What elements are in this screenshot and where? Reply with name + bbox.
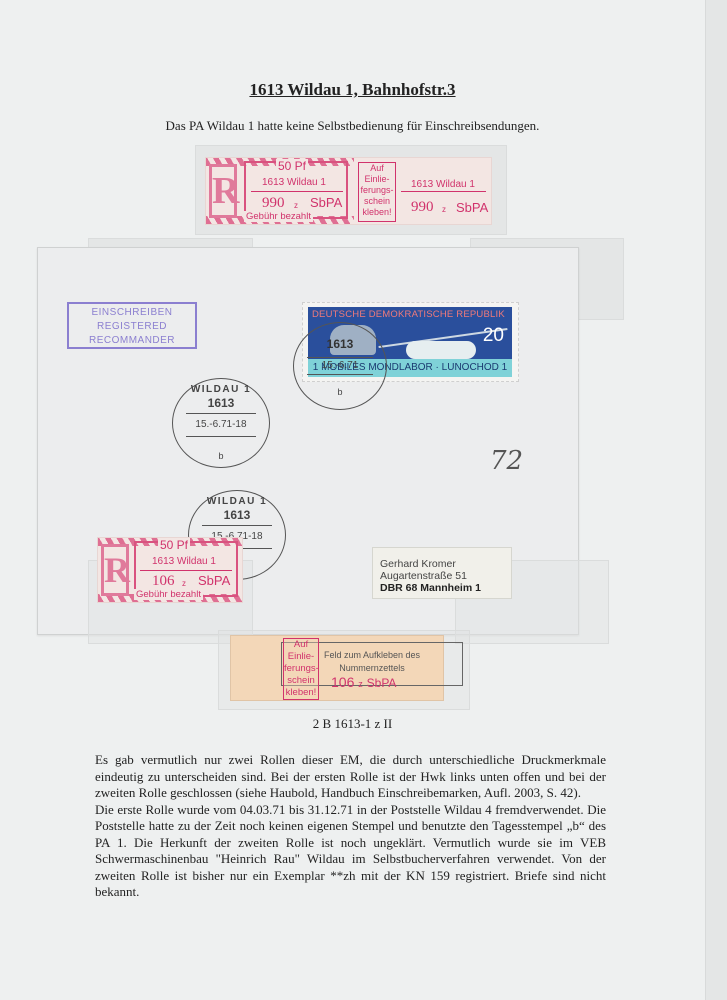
type-text: SbPA [198, 573, 230, 588]
receipt-office-text: 1613 Wildau 1 [411, 179, 475, 190]
handstamp-line: REGISTERED [69, 320, 195, 334]
landing-module [406, 341, 476, 359]
address-street: Augartenstraße 51 [380, 570, 511, 582]
label-rule [401, 191, 486, 192]
paid-text: Gebühr bezahlt [244, 211, 313, 222]
number-text: 990 [262, 195, 285, 212]
number-text: 106 [152, 573, 175, 590]
postmark-city: WILDAU 1 [173, 384, 269, 395]
fee-text: 50 Pf [158, 538, 190, 552]
description-text: Es gab vermutlich nur zwei Rollen dieser… [95, 752, 606, 901]
type-text: SbPA [310, 195, 342, 210]
postmark-code: 1613 [189, 508, 285, 522]
receipt-number-text: 990 [411, 199, 434, 216]
office-text: 1613 Wildau 1 [152, 556, 216, 567]
receipt-suffix: z [358, 679, 363, 689]
registered-handstamp: EINSCHREIBEN REGISTERED RECOMMANDER [67, 302, 197, 349]
page-title: 1613 Wildau 1, Bahnhofstr.3 [0, 80, 705, 100]
page-edge [705, 0, 727, 1000]
fee-text: 50 Pf [276, 159, 308, 173]
paid-text: Gebühr bezahlt [134, 589, 203, 600]
receipt-number-value: 106 [331, 674, 354, 690]
postmark-date: 15.-6.71-18 [186, 413, 255, 437]
postmark-date: 15.-6.71 [307, 357, 373, 375]
receipt-type: SbPA [367, 676, 397, 690]
description-paragraph: Die erste Rolle wurde vom 04.03.71 bis 3… [95, 802, 606, 901]
postmark-on-stamp: 1613 15.-6.71 b [293, 322, 387, 410]
receipt-type-text: SbPA [456, 200, 488, 215]
label-rule [140, 570, 232, 571]
postmark-1: WILDAU 1 1613 15.-6.71-18 b [172, 378, 270, 468]
postmark-city: WILDAU 1 [189, 496, 285, 507]
handstamp-line: EINSCHREIBEN [69, 306, 195, 320]
catalog-number: 2 B 1613-1 z II [0, 716, 705, 732]
handstamp-line: RECOMMANDER [69, 334, 195, 348]
r-letter: R [209, 164, 237, 218]
registration-label-envelope: R 50 Pf 1613 Wildau 1 106 z SbPA Gebühr … [97, 537, 243, 603]
postmark-code: 1613 [173, 396, 269, 410]
stamp-country: DEUTSCHE DEMOKRATISCHE REPUBLIK [312, 309, 505, 320]
receipt-suffix-text: z [442, 205, 446, 214]
address-name: Gerhard Kromer [380, 558, 511, 570]
postmark-sub: b [173, 451, 269, 461]
office-text: 1613 Wildau 1 [262, 177, 326, 188]
address-label: Gerhard Kromer Augartenstraße 51 DBR 68 … [372, 547, 512, 599]
suffix-text: z [294, 201, 298, 210]
postmark-code: 1613 [294, 337, 386, 351]
receipt-slip: Feld zum Aufkleben des Nummernzettels Au… [230, 635, 444, 701]
receipt-number: 106 z SbPA [331, 674, 396, 690]
postmark-sub: b [294, 387, 386, 397]
stamp-value: 20 [483, 325, 504, 347]
registration-label-top: R 50 Pf 1613 Wildau 1 990 z SbPA Gebühr … [205, 157, 492, 225]
page-subtitle: Das PA Wildau 1 hatte keine Selbstbedien… [0, 118, 705, 134]
receipt-instruction: Auf Einlie-ferungs-schein kleben! [283, 638, 319, 700]
receipt-instruction: Auf Einlie-ferungs-schein kleben! [358, 162, 396, 222]
r-letter: R [101, 544, 129, 596]
handwritten-note: 72 [490, 446, 523, 476]
suffix-text: z [182, 579, 186, 588]
address-city: DBR 68 Mannheim 1 [380, 582, 511, 594]
description-paragraph: Es gab vermutlich nur zwei Rollen dieser… [95, 752, 606, 802]
label-rule [251, 191, 343, 192]
